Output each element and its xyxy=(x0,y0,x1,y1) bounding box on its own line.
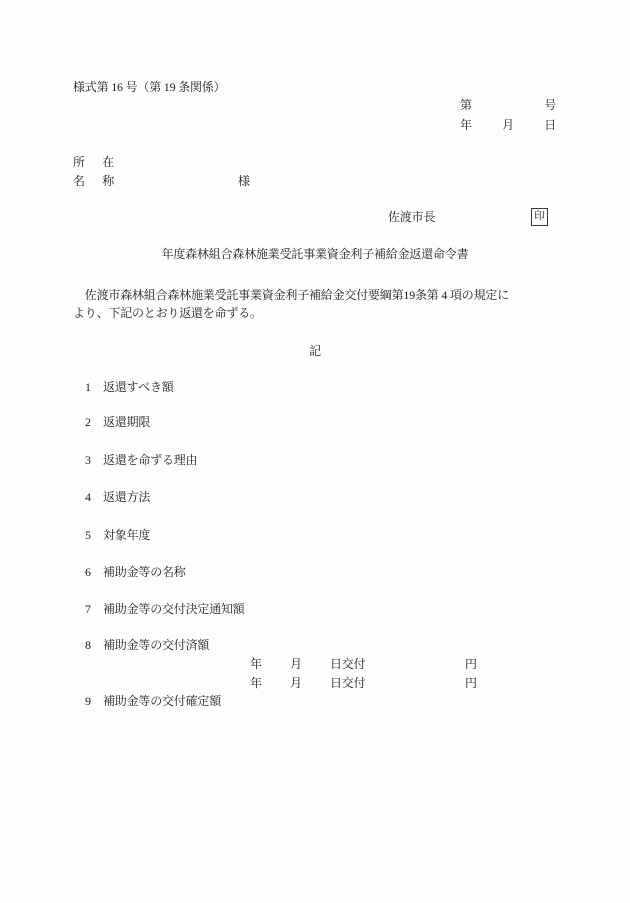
payment-year-label: 年 xyxy=(250,657,262,671)
date-line: 年 月 日 xyxy=(460,118,556,132)
document-page: 様式第 16 号（第 19 条関係） 第 号 年 月 日 所 在 名 称 様 佐… xyxy=(0,0,630,903)
item-number: 2 xyxy=(85,415,91,429)
list-item-3: 3 返還を命ずる理由 xyxy=(0,453,630,468)
issuer-title: 佐渡市長 xyxy=(388,210,435,224)
form-number-label: 様式第 16 号（第 19 条関係） xyxy=(73,80,225,94)
payment-yen-label: 円 xyxy=(465,657,477,671)
date-day-label: 日 xyxy=(544,118,556,132)
item-label: 返還期限 xyxy=(103,415,150,429)
item-number: 4 xyxy=(85,490,91,504)
payment-line-1: 年 月 日交付 円 xyxy=(0,657,630,672)
body-line-1: 佐渡市森林組合森林施業受託事業資金利子補給金交付要綱第19条第 4 項の規定に xyxy=(73,288,509,302)
list-item-8: 8 補助金等の交付済額 xyxy=(0,638,630,653)
item-number: 3 xyxy=(85,453,91,467)
item-label: 補助金等の交付済額 xyxy=(103,638,209,652)
item-number: 5 xyxy=(85,528,91,542)
date-year-label: 年 xyxy=(460,118,472,132)
payment-month-label: 月 xyxy=(290,657,302,671)
list-item-5: 5 対象年度 xyxy=(0,528,630,543)
body-line-2: より、下記のとおり返還を命ずる。 xyxy=(73,306,262,320)
list-item-6: 6 補助金等の名称 xyxy=(0,565,630,580)
item-label: 補助金等の交付確定額 xyxy=(103,694,221,708)
payment-month-label: 月 xyxy=(290,676,302,690)
payment-year-label: 年 xyxy=(250,676,262,690)
list-item-9: 9 補助金等の交付確定額 xyxy=(0,694,630,709)
record-heading: 記 xyxy=(0,344,630,358)
item-number: 9 xyxy=(85,694,91,708)
item-number: 6 xyxy=(85,565,91,579)
document-title: 年度森林組合森林施業受託事業資金利子補給金返還命令書 xyxy=(0,247,630,261)
item-label: 対象年度 xyxy=(103,528,150,542)
document-number-suffix: 号 xyxy=(544,98,556,112)
item-label: 返還方法 xyxy=(103,490,150,504)
document-number-prefix: 第 xyxy=(460,98,472,112)
addressee-name-label: 名 称 xyxy=(73,174,117,188)
item-label: 返還を命ずる理由 xyxy=(103,453,197,467)
seal-stamp-box: 印 xyxy=(531,208,548,226)
list-item-1: 1 返還すべき額 xyxy=(0,380,630,395)
addressee-location-label: 所 在 xyxy=(73,155,117,169)
document-number-line: 第 号 xyxy=(460,98,556,112)
item-number: 1 xyxy=(85,380,91,394)
item-label: 返還すべき額 xyxy=(103,380,174,394)
item-number: 7 xyxy=(85,602,91,616)
payment-day-issued-label: 日交付 xyxy=(330,676,365,690)
payment-yen-label: 円 xyxy=(465,676,477,690)
item-label: 補助金等の交付決定通知額 xyxy=(103,602,245,616)
item-label: 補助金等の名称 xyxy=(103,565,186,579)
payment-line-2: 年 月 日交付 円 xyxy=(0,676,630,691)
list-item-7: 7 補助金等の交付決定通知額 xyxy=(0,602,630,617)
list-item-4: 4 返還方法 xyxy=(0,490,630,505)
payment-day-issued-label: 日交付 xyxy=(330,657,365,671)
list-item-2: 2 返還期限 xyxy=(0,415,630,430)
date-month-label: 月 xyxy=(502,118,514,132)
item-number: 8 xyxy=(85,638,91,652)
addressee-honorific: 様 xyxy=(238,174,250,188)
